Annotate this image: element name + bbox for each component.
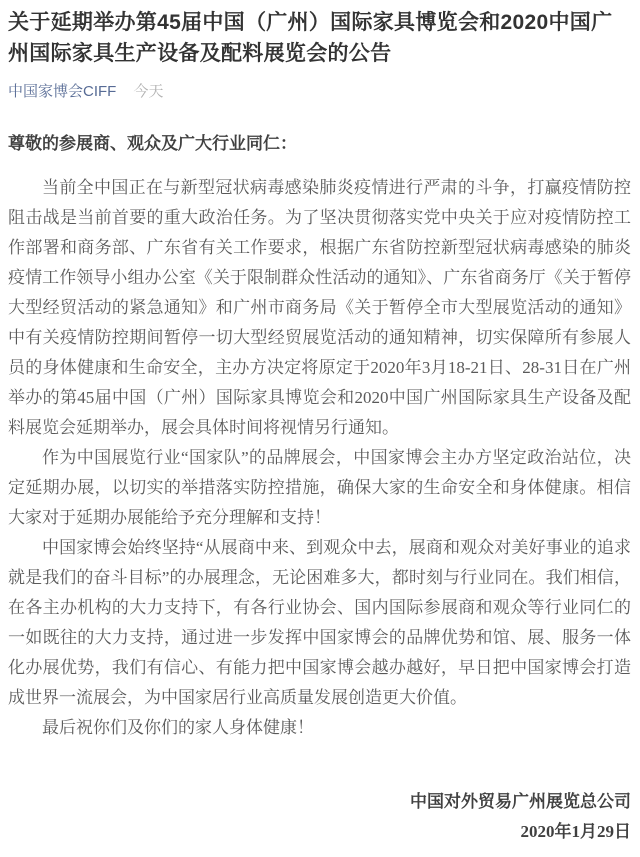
signature-date: 2020年1月29日 bbox=[8, 817, 631, 847]
article-page: 关于延期举办第45届中国（广州）国际家具博览会和2020中国广州国际家具生产设备… bbox=[0, 0, 640, 857]
paragraph-2: 作为中国展览行业“国家队”的品牌展会，中国家博会主办方坚定政治站位，决定延期办展… bbox=[8, 443, 631, 533]
article-content: 尊敬的参展商、观众及广大行业同仁： 当前全中国正在与新型冠状病毒感染肺炎疫情进行… bbox=[8, 129, 631, 847]
signature-company: 中国对外贸易广州展览总公司 bbox=[8, 787, 631, 817]
closing-block: 中国对外贸易广州展览总公司 2020年1月29日 bbox=[8, 787, 631, 847]
article-title: 关于延期举办第45届中国（广州）国际家具博览会和2020中国广州国际家具生产设备… bbox=[8, 7, 631, 69]
paragraph-3: 中国家博会始终坚持“从展商中来、到观众中去，展商和观众对美好事业的追求就是我们的… bbox=[8, 533, 631, 713]
paragraph-1: 当前全中国正在与新型冠状病毒感染肺炎疫情进行严肃的斗争，打赢疫情防控阻击战是当前… bbox=[8, 173, 631, 443]
account-link[interactable]: 中国家博会CIFF bbox=[8, 83, 116, 100]
byline: 中国家博会CIFF 今天 bbox=[8, 82, 631, 102]
salutation: 尊敬的参展商、观众及广大行业同仁： bbox=[8, 129, 631, 159]
paragraph-4: 最后祝你们及你们的家人身体健康！ bbox=[8, 713, 631, 743]
publish-time: 今天 bbox=[134, 83, 164, 100]
